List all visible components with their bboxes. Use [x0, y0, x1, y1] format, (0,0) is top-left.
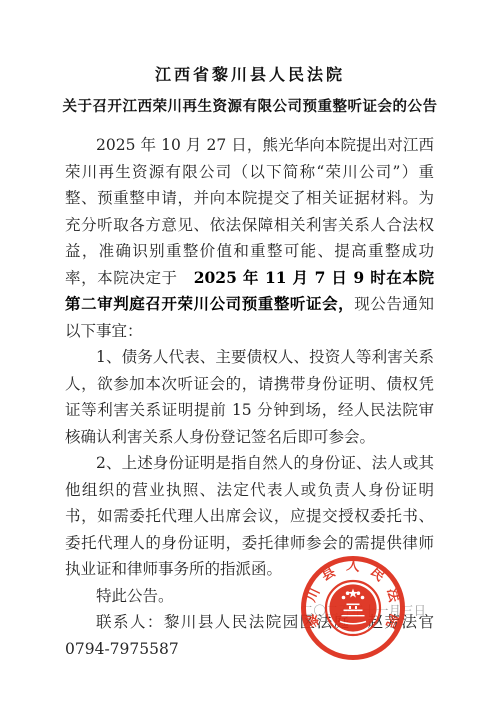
announcement-title: 关于召开江西荣川再生资源有限公司预重整听证会的公告 — [0, 95, 500, 116]
paragraph-item-1: 1、债务人代表、主要债权人、投资人等利害关系人，欲参加本次听证会的，请携带身份证… — [65, 344, 434, 450]
national-emblem-icon — [326, 581, 380, 635]
announcement-page: 江西省黎川县人民法院 关于召开江西荣川再生资源有限公司预重整听证会的公告 202… — [0, 0, 500, 707]
paragraph-intro: 2025 年 10 月 27 日，熊光华向本院提出对江西荣川再生资源有限公司（以… — [65, 132, 434, 344]
court-seal-stamp: 黎川县人民法院 — [300, 555, 406, 661]
intro-text: 2025 年 10 月 27 日，熊光华向本院提出对江西荣川再生资源有限公司（以… — [65, 136, 434, 287]
court-name-title: 江西省黎川县人民法院 — [0, 0, 500, 85]
